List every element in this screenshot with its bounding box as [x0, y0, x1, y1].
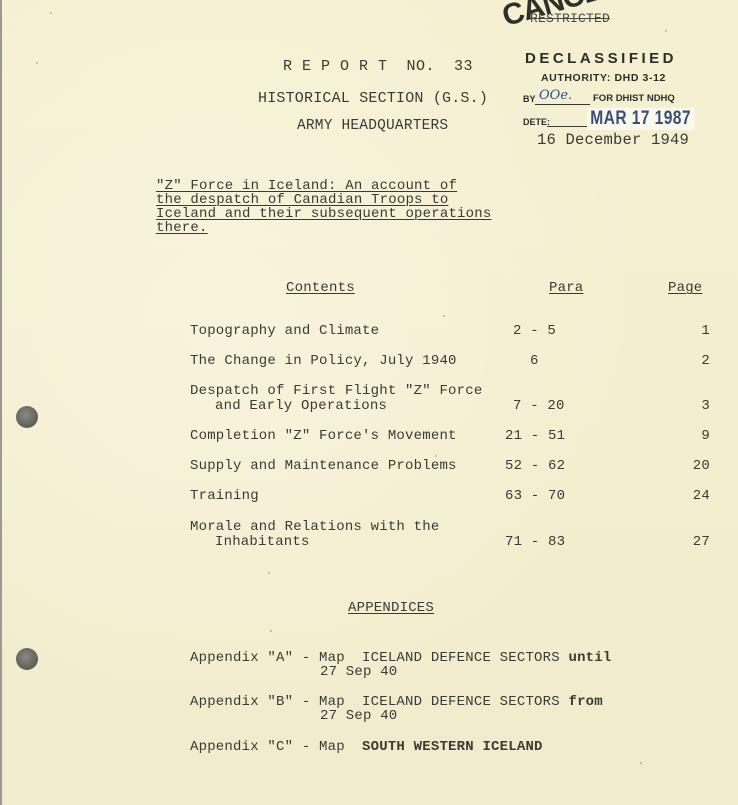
appendix-b-date: 27 Sep 40 — [320, 708, 397, 724]
appendix-b-emphasis: from — [568, 694, 602, 710]
page-edge — [0, 0, 2, 805]
contents-row-label: Topography and Climate — [190, 323, 379, 339]
stamp-date-line: DETE: MAR 17 1987 — [523, 108, 723, 130]
contents-row-para: 63 - 70 — [505, 488, 565, 504]
contents-row-page: 20 — [680, 458, 710, 474]
punch-hole-icon — [16, 648, 38, 670]
by-label: BY — [523, 94, 536, 104]
contents-row-page: 3 — [680, 398, 710, 414]
appendix-c: Appendix "C" - Map SOUTH WESTERN ICELAND — [190, 739, 543, 755]
page-header: Page — [668, 280, 702, 296]
signature: OOe. — [539, 88, 572, 103]
authority-line: AUTHORITY: DHD 3-12 — [541, 72, 666, 84]
appendix-c-text: Appendix "C" - Map — [190, 739, 362, 755]
date-label: DETE: — [523, 117, 550, 127]
contents-row-para: 71 - 83 — [505, 534, 565, 550]
contents-row-label: Morale and Relations with the — [190, 519, 439, 535]
appendix-a-emphasis: until — [568, 650, 611, 666]
by-line: BY OOe. FOR DHIST NDHQ — [523, 90, 723, 106]
contents-row-label-cont: and Early Operations — [215, 398, 387, 414]
signature-rule — [535, 104, 590, 105]
army-headquarters: ARMY HEADQUARTERS — [297, 118, 448, 134]
report-date: 16 December 1949 — [537, 131, 689, 149]
contents-row-label: Despatch of First Flight "Z" Force — [190, 383, 482, 399]
report-number: R E P O R T NO. 33 — [283, 58, 473, 75]
declassification-date: MAR 17 1987 — [587, 108, 694, 130]
contents-row-label: Completion "Z" Force's Movement — [190, 428, 457, 444]
contents-row-page: 9 — [680, 428, 710, 444]
for-label: FOR DHIST NDHQ — [593, 93, 675, 104]
contents-row-para: 2 - 5 — [513, 323, 556, 339]
contents-row-label: Training — [190, 488, 259, 504]
appendix-a: Appendix "A" - Map ICELAND DEFENCE SECTO… — [190, 650, 611, 666]
contents-row-page: 27 — [680, 534, 710, 550]
contents-row-para: 21 - 51 — [505, 428, 565, 444]
historical-section: HISTORICAL SECTION (G.S.) — [258, 90, 488, 107]
appendices-heading: APPENDICES — [348, 600, 434, 616]
appendix-c-emphasis: SOUTH WESTERN ICELAND — [362, 739, 543, 755]
punch-hole-icon — [16, 406, 38, 428]
contents-row-label: The Change in Policy, July 1940 — [190, 353, 457, 369]
contents-row-para: 6 — [530, 353, 539, 369]
contents-header: Contents — [286, 280, 355, 296]
contents-row-page: 2 — [680, 353, 710, 369]
declassified-stamp: DECLASSIFIED — [525, 50, 677, 67]
document-page: RESTRICTED CANCELLED DECLASSIFIED AUTHOR… — [0, 0, 738, 805]
para-header: Para — [549, 280, 583, 296]
contents-row-page: 1 — [680, 323, 710, 339]
contents-row-page: 24 — [680, 488, 710, 504]
contents-row-label-cont: Inhabitants — [215, 534, 310, 550]
date-rule — [547, 126, 592, 127]
contents-row-label: Supply and Maintenance Problems — [190, 458, 457, 474]
appendix-a-date: 27 Sep 40 — [320, 664, 397, 680]
contents-row-para: 52 - 62 — [505, 458, 565, 474]
contents-row-para: 7 - 20 — [513, 398, 565, 414]
title-line: there. — [156, 220, 208, 236]
